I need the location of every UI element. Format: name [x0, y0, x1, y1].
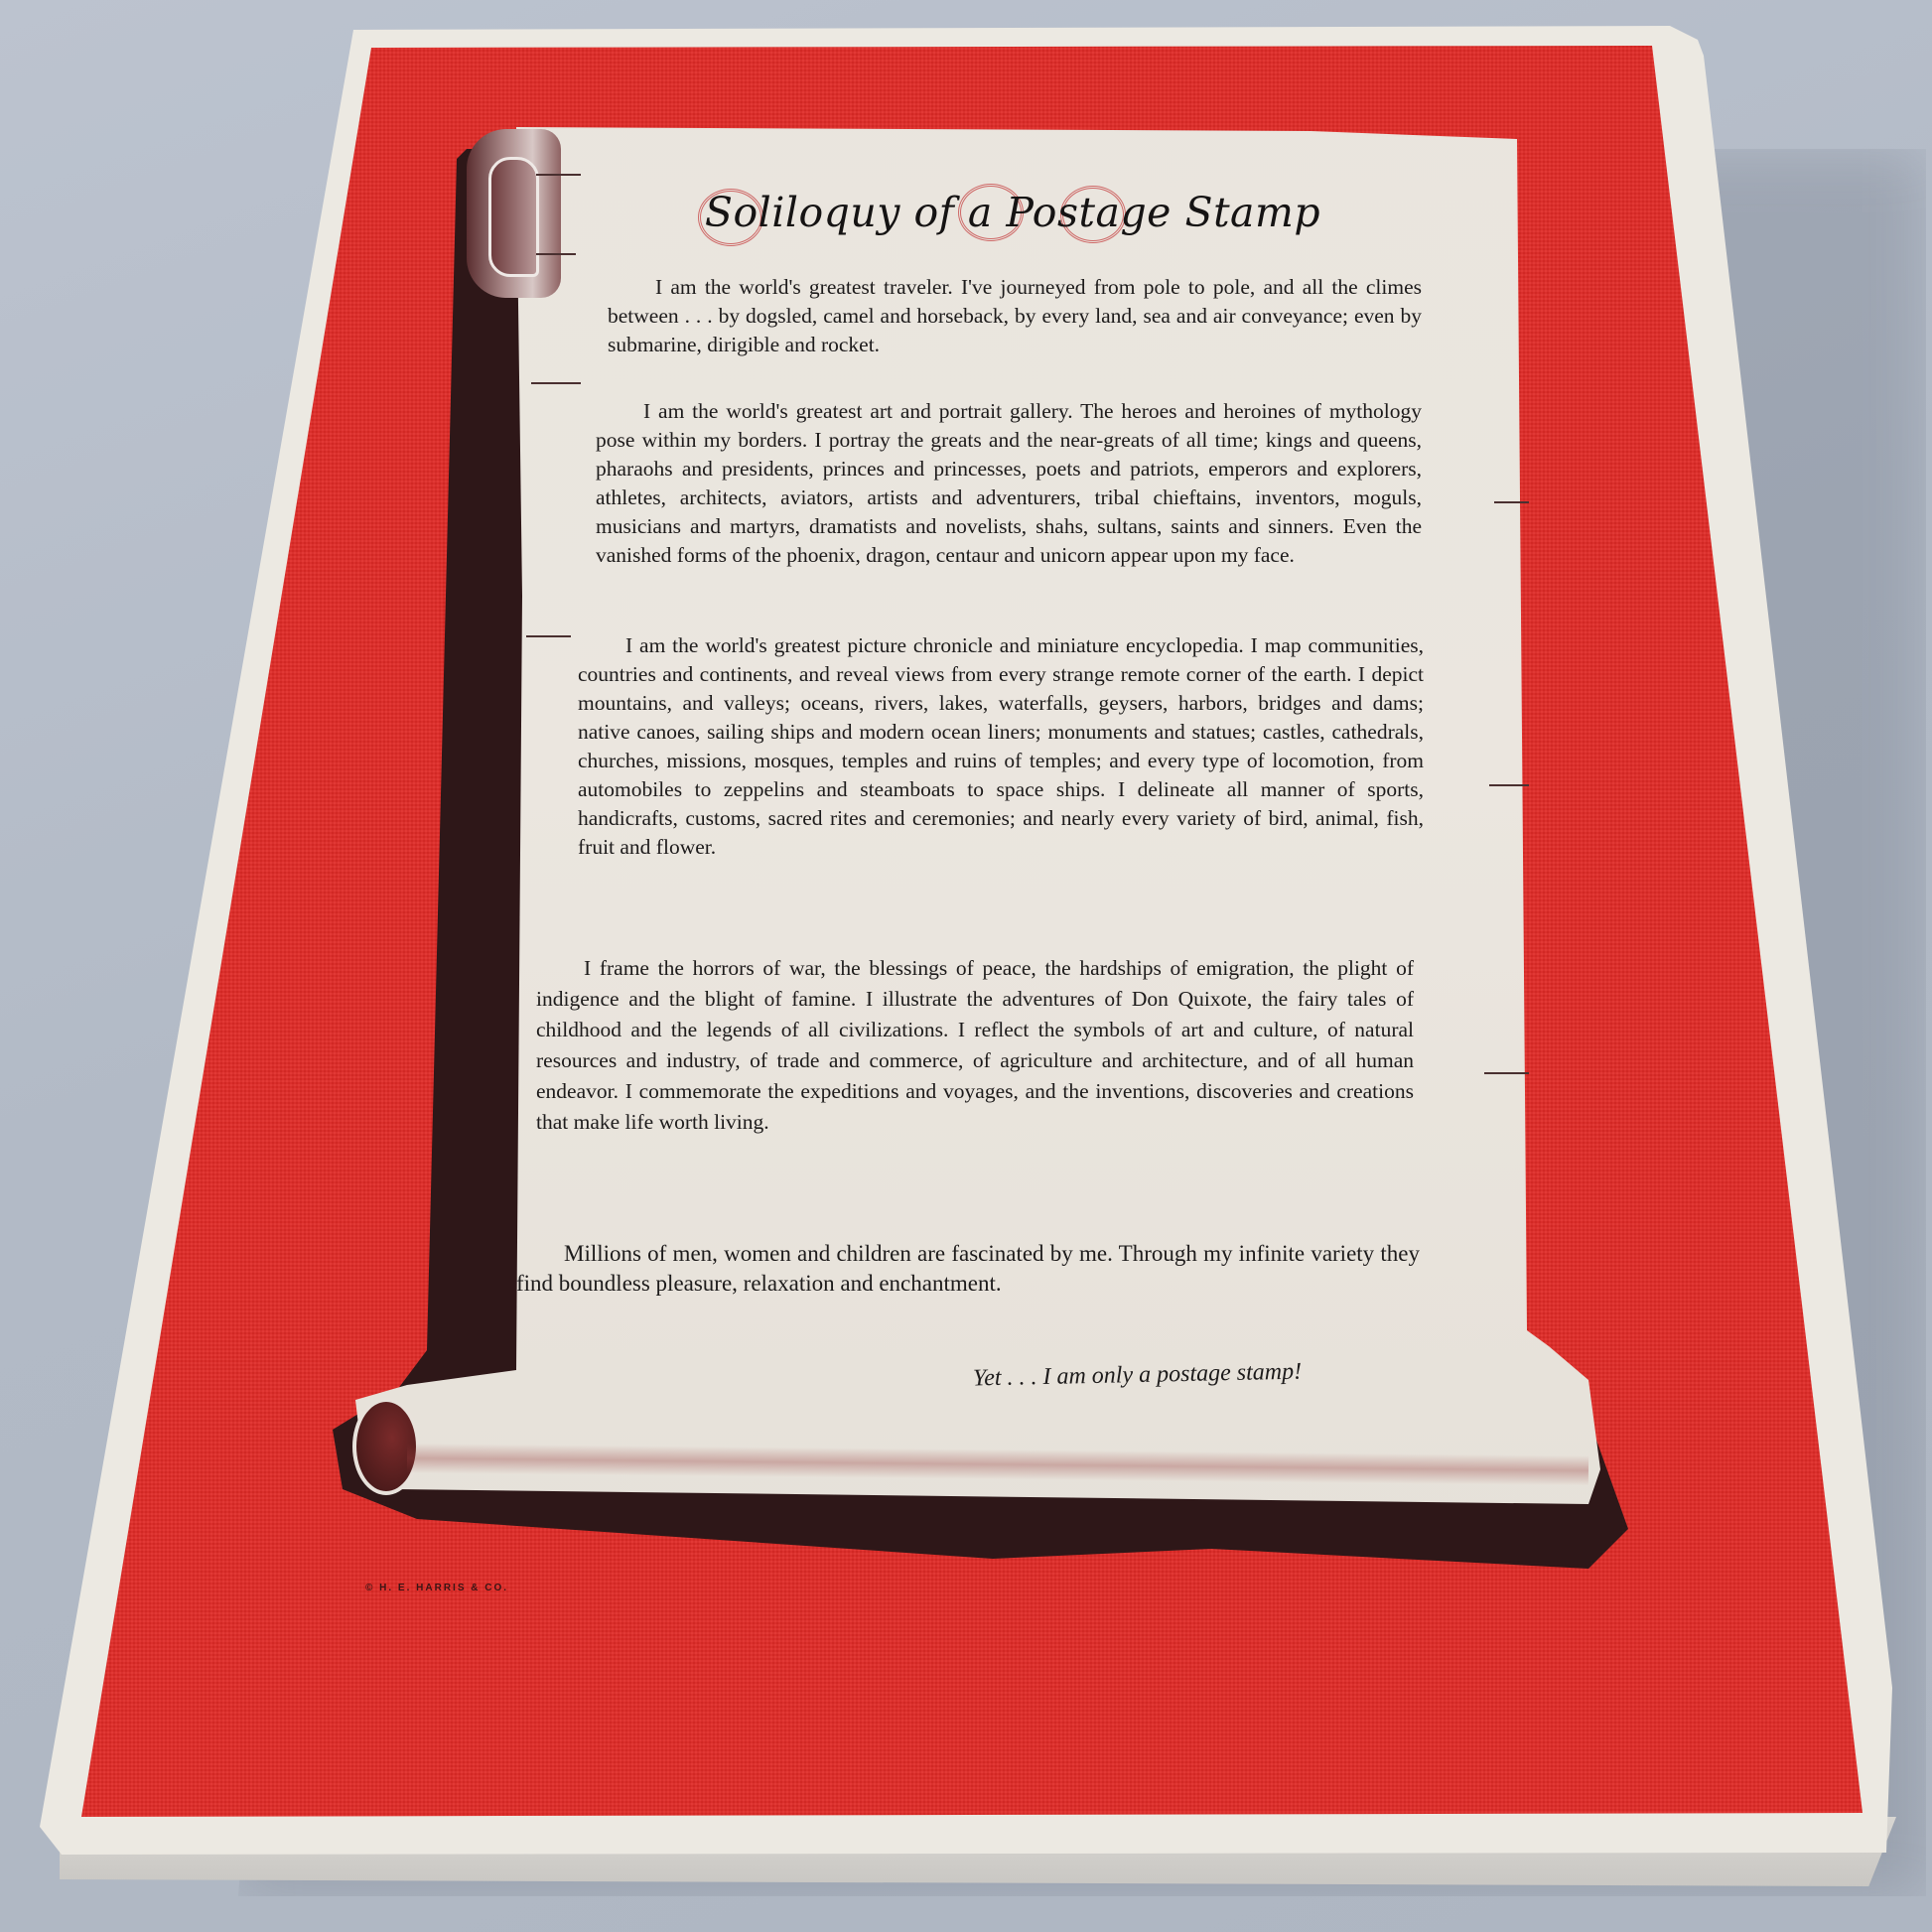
scroll-title: Soliloquy of a Postage Stamp	[695, 189, 1330, 236]
paragraph-2: I am the world's greatest art and portra…	[596, 397, 1422, 570]
paragraph-1: I am the world's greatest traveler. I've…	[608, 273, 1422, 359]
scroll-text: Soliloquy of a Postage Stamp I am the wo…	[0, 0, 1932, 1932]
paragraph-5: Millions of men, women and children are …	[516, 1239, 1420, 1299]
closing-line: Yet . . . I am only a postage stamp!	[973, 1359, 1303, 1393]
paragraph-4: I frame the horrors of war, the blessing…	[536, 953, 1414, 1138]
copyright-notice: © H. E. HARRIS & CO.	[365, 1583, 508, 1593]
paragraph-3: I am the world's greatest picture chroni…	[578, 631, 1424, 862]
